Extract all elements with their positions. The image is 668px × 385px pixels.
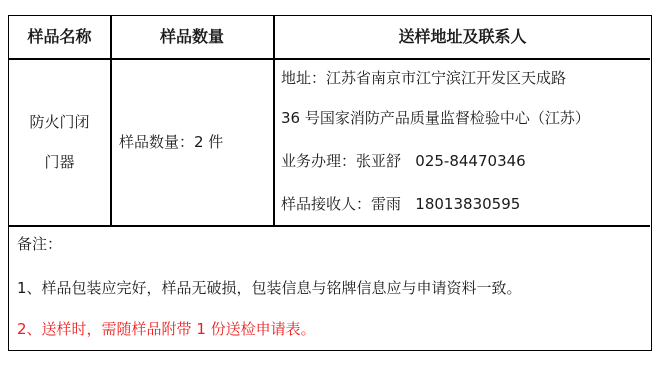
header-divider (9, 58, 650, 60)
address-line-2: 36 号国家消防产品质量监督检验中心（江苏） (281, 108, 590, 128)
header-sample-quantity: 样品数量 (111, 27, 273, 47)
sample-quantity: 样品数量：2 件 (119, 132, 223, 152)
note-item-2: 2、送样时，需随样品附带 1 份送检申请表。 (17, 319, 316, 339)
business-contact: 业务办理：张亚舒 025-84470346 (281, 151, 526, 171)
sample-name-line-1: 防火门闭 (9, 112, 110, 132)
header-address-contact: 送样地址及联系人 (275, 27, 650, 47)
header-sample-name: 样品名称 (9, 27, 110, 47)
sample-submission-table: 样品名称 样品数量 送样地址及联系人 防火门闭 门器 样品数量：2 件 地址：江… (8, 15, 652, 351)
notes-label: 备注： (17, 234, 62, 254)
address-line-1: 地址：江苏省南京市江宁滨江开发区天成路 (281, 68, 566, 88)
note-item-1: 1、样品包装应完好，样品无破损，包装信息与铭牌信息应与申请资料一致。 (17, 278, 522, 298)
column-divider-1 (110, 16, 112, 226)
sample-receiver: 样品接收人：雷雨 18013830595 (281, 194, 520, 214)
row-divider (9, 225, 650, 227)
column-divider-2 (273, 16, 275, 226)
sample-name-line-2: 门器 (9, 152, 110, 172)
